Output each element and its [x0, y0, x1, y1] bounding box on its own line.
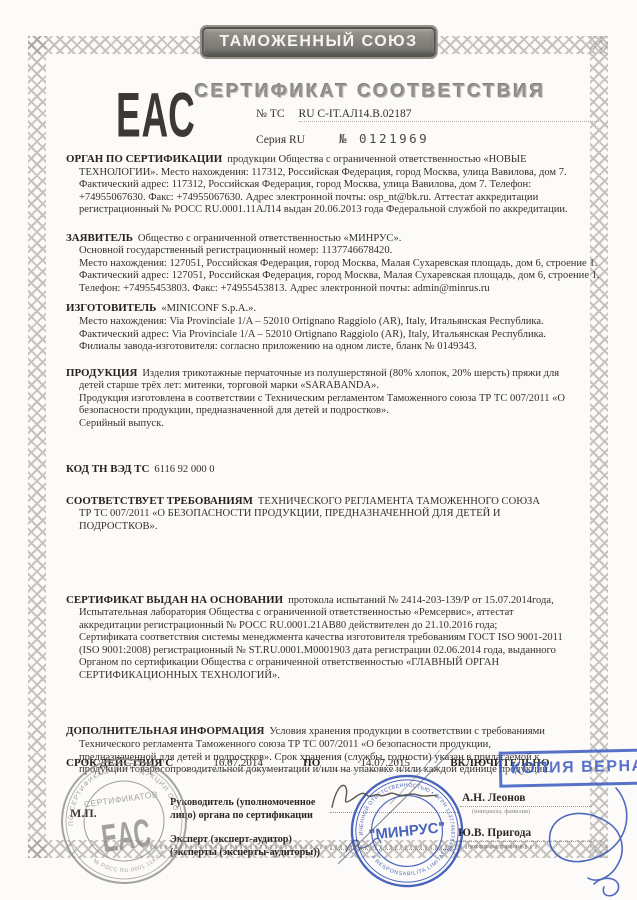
cert-number-label: № ТС [256, 108, 285, 120]
series-number: № 0121969 [339, 131, 429, 146]
section-text: Изделия трикотажные перчаточные из полуш… [79, 368, 565, 429]
section-text: 6116 92 000 0 [154, 464, 214, 475]
name-caption: (инициалы, фамилия) [468, 843, 526, 850]
section-heading: ИЗГОТОВИТЕЛЬ [66, 302, 156, 314]
customs-union-badge: ТАМОЖЕННЫЙ СОЮЗ [201, 27, 435, 57]
section-heading: ПРОДУКЦИЯ [66, 367, 137, 379]
section-certification-body: ОРГАН ПО СЕРТИФИКАЦИИпродукции Общества … [66, 153, 608, 217]
section-complies-with: СООТВЕТСТВУЕТ ТРЕБОВАНИЯМТЕХНИЧЕСКОГО РЕ… [66, 495, 608, 534]
page: { "colors": { "ink": "#33302b", "border_… [0, 0, 637, 900]
expert-name: Ю.В. Пригода [458, 827, 531, 839]
section-manufacturer: ИЗГОТОВИТЕЛЬ«MINICONF S.p.A.». Место нах… [66, 302, 608, 353]
section-heading: СООТВЕТСТВУЕТ ТРЕБОВАНИЯМ [66, 495, 253, 507]
mp-seal-label: М.П. [70, 806, 97, 821]
cert-number-row: № ТСRU C-IT.АЛ14.В.02187 [256, 108, 599, 122]
border-frame-left [28, 36, 46, 858]
name-caption: (инициалы, фамилия) [472, 808, 530, 815]
section-heading: СЕРТИФИКАТ ВЫДАН НА ОСНОВАНИИ [66, 594, 283, 606]
section-applicant: ЗАЯВИТЕЛЬОбщество с ограниченной ответст… [66, 232, 608, 296]
stamp-eac-mark: ЕАС [99, 811, 153, 861]
head-name: А.Н. Леонов [462, 792, 526, 804]
section-heading: ЗАЯВИТЕЛЬ [66, 232, 133, 244]
cert-number-value: RU C-IT.АЛ14.В.02187 [299, 108, 599, 122]
validity-from-date: 16.07.2014 [179, 757, 297, 771]
section-product: ПРОДУКЦИЯИзделия трикотажные перчаточные… [66, 367, 608, 431]
section-hs-code: КОД ТН ВЭД ТС6116 92 000 0 [66, 463, 608, 477]
series-label: Серия RU [256, 134, 305, 146]
certificate-body: ОРГАН ПО СЕРТИФИКАЦИИпродукции Общества … [66, 153, 608, 777]
certificate-sheet: ТАМОЖЕННЫЙ СОЮЗ ЕАС СЕРТИФИКАТ СООТВЕТСТ… [0, 0, 637, 900]
section-heading: ОРГАН ПО СЕРТИФИКАЦИИ [66, 153, 222, 165]
head-role-label: Руководитель (уполномоченное лицо) орган… [170, 796, 315, 822]
validity-to-label: ПО [303, 757, 320, 769]
section-text: Общество с ограниченной ответственностью… [79, 233, 600, 294]
section-issued-basis: СЕРТИФИКАТ ВЫДАН НА ОСНОВАНИИпротокола и… [66, 594, 608, 683]
certificate-title: СЕРТИФИКАТ СООТВЕТСТВИЯ [140, 82, 600, 103]
cert-org-round-stamp-icon: ПО СЕРТИФИКАЦИИ ПРОДУКЦИИ ООО № РОСС RU.… [49, 746, 198, 895]
blue-signature-icon [538, 780, 637, 898]
pen-stroke-icon [330, 744, 462, 870]
section-heading: КОД ТН ВЭД ТС [66, 463, 149, 475]
series-row: Серия RU№ 0121969 [256, 131, 429, 146]
section-text: протокола испытаний № 2414-203-139/Р от … [79, 595, 563, 681]
section-heading: ДОПОЛНИТЕЛЬНАЯ ИНФОРМАЦИЯ [66, 725, 264, 737]
